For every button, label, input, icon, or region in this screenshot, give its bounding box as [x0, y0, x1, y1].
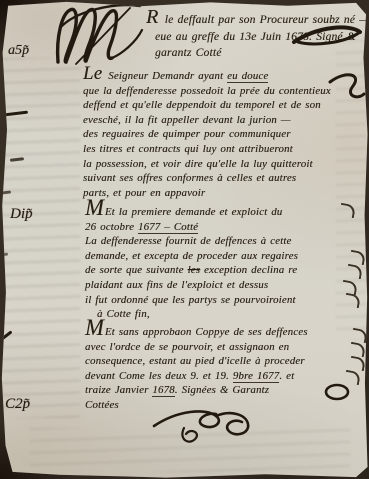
text-line: suivant ses offres conformes à celles et… [83, 171, 368, 186]
text-segment: demande, et excepta de proceder aux rega… [85, 250, 298, 262]
text-segment: 9bre 1677 [233, 370, 279, 383]
text-line: traize Janvier 1678. Signées & Garantz [85, 383, 369, 398]
text-segment: des reguaires de quimper pour communique… [83, 128, 291, 140]
text-segment: La deffenderesse fournit de deffences à … [85, 235, 292, 247]
photograph-of-manuscript: a5p̃ Dip̃ C2p̃ R le deffault par son Pro… [0, 0, 369, 479]
text-line: à Cotte fin, [97, 307, 369, 322]
ink-dash-icon [0, 330, 12, 340]
margin-note: a5p̃ [8, 43, 29, 59]
manuscript-page: a5p̃ Dip̃ C2p̃ R le deffault par son Pro… [0, 0, 369, 479]
ink-dash-icon [4, 111, 28, 117]
text-segment: R [146, 6, 165, 28]
text-segment: . et [279, 370, 294, 382]
text-line: des reguaires de quimper pour communique… [83, 127, 368, 142]
text-segment: 26 octobre [85, 221, 138, 233]
text-line: MEt la premiere demande et exploict du [85, 201, 369, 220]
margin-note: C2p̃ [5, 396, 30, 413]
text-line: evesché, il la fit appeller devant la ju… [83, 113, 368, 128]
text-segment: Cottées [85, 399, 119, 411]
paragraph-block: MEt sans approbaon Coppye de ses deffenc… [85, 321, 369, 413]
text-segment: traize Janvier [85, 384, 152, 396]
text-segment: que la deffenderesse possedoit la prée d… [83, 85, 331, 97]
text-segment: avec l'ordce de se pourvoir, et assignao… [85, 341, 289, 353]
text-line: R le deffault par son Procureur soubz né… [146, 9, 366, 29]
text-line: garantz Cotté [155, 45, 366, 62]
text-segment: Seigneur Demandr ayant [108, 70, 227, 82]
paraph-flourish-icon [150, 406, 265, 454]
text-line: plaidant aux fins de l'exploict et dessu… [85, 278, 369, 293]
text-segment: il fut ordonné que les partys se pourvoi… [85, 294, 296, 306]
text-segment: eue au greffe du 13e Juin 1678. Signé & [155, 31, 356, 43]
text-line: deffend et qu'elle deppendoit du tempore… [83, 98, 368, 113]
text-line: devant Come les deux 9. et 19. 9bre 1677… [85, 369, 369, 384]
text-line: consequence, estant au pied d'icelle à p… [85, 354, 369, 369]
text-line: la possession, et voir dire qu'elle la l… [83, 157, 368, 172]
header-block: R le deffault par son Procureur soubz né… [146, 9, 366, 62]
ink-dash-icon [10, 157, 24, 162]
text-segment: evesché, il la fit appeller devant la ju… [83, 114, 291, 126]
text-segment: 1678 [152, 384, 174, 397]
text-segment: Et la premiere demande et exploict du [105, 206, 283, 218]
text-segment: les [188, 264, 201, 276]
text-segment: M [85, 315, 103, 340]
text-line: de sorte que suivante les exception decl… [85, 263, 369, 278]
text-line: Le Seigneur Demandr ayant eu douce [83, 67, 368, 84]
text-segment: . Signées & Garantz [175, 384, 269, 396]
text-line: les titres et contracts qui luy ont attr… [83, 142, 368, 157]
text-segment: consequence, estant au pied d'icelle à p… [85, 355, 305, 367]
text-line: il fut ordonné que les partys se pourvoi… [85, 293, 369, 308]
ink-dash-icon [1, 190, 11, 194]
text-segment: de sorte que suivante [85, 264, 188, 276]
monogram-flourish-icon [52, 2, 147, 66]
text-line: eue au greffe du 13e Juin 1678. Signé & [155, 29, 366, 46]
text-line: parts, et pour en appavoir [83, 186, 368, 201]
text-segment: les titres et contracts qui luy ont attr… [83, 143, 293, 155]
text-line: avec l'ordce de se pourvoir, et assignao… [85, 340, 369, 355]
text-segment: garantz Cotté [155, 47, 222, 59]
text-segment: à Cotte fin, [97, 308, 150, 320]
text-line: 26 octobre 1677 – Cotté [85, 220, 369, 235]
margin-note: Dip̃ [10, 206, 33, 223]
text-segment: 1677 – Cotté [138, 221, 198, 234]
text-line: MEt sans approbaon Coppye de ses deffenc… [85, 321, 369, 340]
text-segment: devant Come les deux 9. et 19. [85, 370, 233, 382]
text-segment: Et sans approbaon Coppye de ses deffence… [105, 326, 308, 338]
text-line: demande, et excepta de proceder aux rega… [85, 249, 369, 264]
paragraph-block: MEt la premiere demande et exploict du 2… [85, 201, 369, 322]
paragraph-block: Le Seigneur Demandr ayant eu douce que l… [83, 67, 368, 200]
text-line: Cottées [85, 398, 369, 413]
text-segment: plaidant aux fins de l'exploict et dessu… [85, 279, 268, 291]
text-line: que la deffenderesse possedoit la prée d… [83, 84, 368, 99]
text-segment: exception declina re [200, 264, 297, 276]
text-segment: suivant ses offres conformes à celles et… [83, 172, 296, 184]
ink-dash-icon [0, 253, 8, 257]
text-segment: M [85, 195, 103, 220]
text-line: La deffenderesse fournit de deffences à … [85, 234, 369, 249]
text-segment: eu douce [227, 70, 268, 83]
text-segment: deffend et qu'elle deppendoit du tempore… [83, 99, 321, 111]
text-segment: le deffault par son Procureur soubz né — [165, 14, 369, 26]
text-segment: la possession, et voir dire qu'elle la l… [83, 158, 313, 170]
text-segment: Le [83, 63, 108, 84]
verso-showthrough [30, 428, 350, 472]
